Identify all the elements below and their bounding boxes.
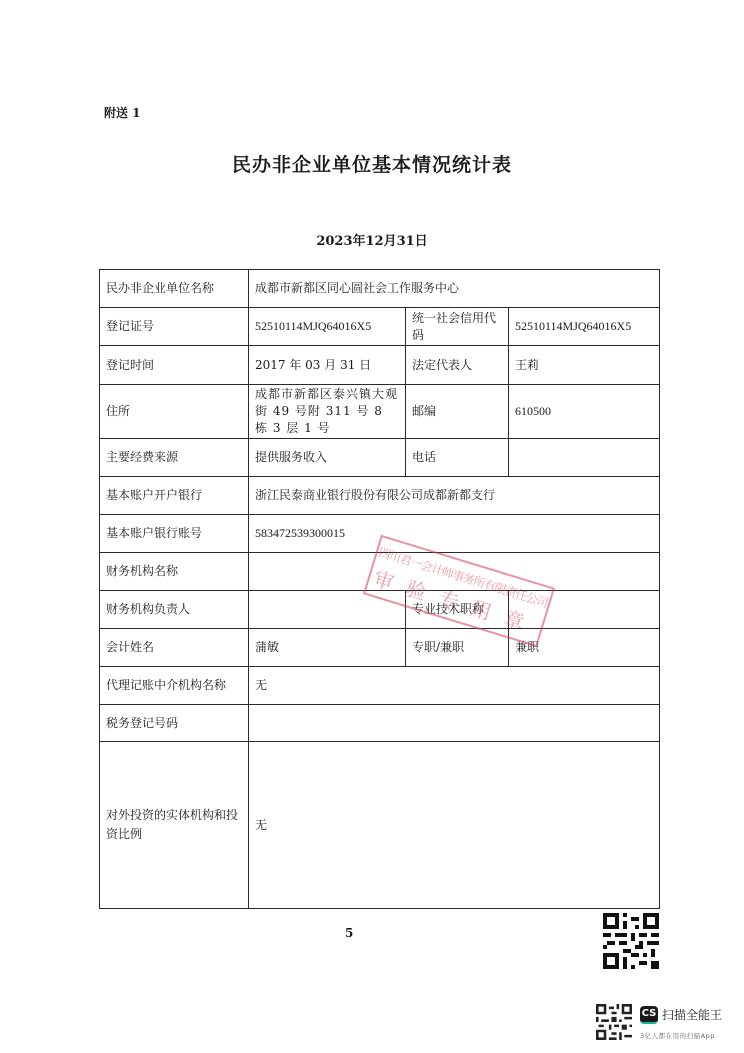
table-row: 登记证号 52510114MJQ64016X5 统一社会信用代码 5251011… — [100, 308, 660, 346]
phone-label: 电话 — [406, 439, 509, 477]
finance-head-label: 财务机构负责人 — [100, 591, 249, 629]
postcode-value: 610500 — [509, 385, 660, 439]
table-row: 民办非企业单位名称 成都市新都区同心圆社会工作服务中心 — [100, 270, 660, 308]
credit-code-label: 统一社会信用代码 — [406, 308, 509, 346]
agency-value: 无 — [249, 667, 660, 705]
qr-code-icon — [603, 913, 659, 969]
table-row: 主要经费来源 提供服务收入 电话 — [100, 439, 660, 477]
brand-name: 扫描全能王 — [662, 1008, 722, 1022]
table-row: 会计姓名 蒲敏 专职/兼职 兼职 — [100, 629, 660, 667]
tax-no-value — [249, 705, 660, 742]
funding-source-label: 主要经费来源 — [100, 439, 249, 477]
bank-label: 基本账户开户银行 — [100, 477, 249, 515]
finance-org-label: 财务机构名称 — [100, 553, 249, 591]
unit-name-label: 民办非企业单位名称 — [100, 270, 249, 308]
table-row: 对外投资的实体机构和投资比例 无 — [100, 742, 660, 909]
table-row: 住所 成都市新都区泰兴镇大观街 49 号附 311 号 8 栋 3 层 1 号 … — [100, 385, 660, 439]
registration-no-label: 登记证号 — [100, 308, 249, 346]
table-row: 基本账户开户银行 浙江民泰商业银行股份有限公司成都新都支行 — [100, 477, 660, 515]
table-row: 登记时间 2017 年 03 月 31 日 法定代表人 王莉 — [100, 346, 660, 385]
address-label: 住所 — [100, 385, 249, 439]
address-value: 成都市新都区泰兴镇大观街 49 号附 311 号 8 栋 3 层 1 号 — [249, 385, 406, 439]
investment-label: 对外投资的实体机构和投资比例 — [100, 742, 249, 909]
bank-value: 浙江民泰商业银行股份有限公司成都新都支行 — [249, 477, 660, 515]
camscanner-logo-icon: CS — [640, 1006, 658, 1024]
registration-no-value: 52510114MJQ64016X5 — [249, 308, 406, 346]
camscanner-brand: CS扫描全能王 — [640, 1004, 722, 1024]
postcode-label: 邮编 — [406, 385, 509, 439]
unit-name-value: 成都市新都区同心圆社会工作服务中心 — [249, 270, 660, 308]
agency-label: 代理记账中介机构名称 — [100, 667, 249, 705]
brand-tagline: 3亿人都在用的扫描App — [640, 1031, 715, 1040]
bank-account-label: 基本账户银行账号 — [100, 515, 249, 553]
credit-code-value: 52510114MJQ64016X5 — [509, 308, 660, 346]
legal-rep-label: 法定代表人 — [406, 346, 509, 385]
employment-type-label: 专职/兼职 — [406, 629, 509, 667]
accountant-label: 会计姓名 — [100, 629, 249, 667]
table-row: 代理记账中介机构名称 无 — [100, 667, 660, 705]
accountant-value: 蒲敏 — [249, 629, 406, 667]
app-qr-code-icon — [596, 1004, 632, 1040]
page-number: 5 — [345, 926, 353, 940]
legal-rep-value: 王莉 — [509, 346, 660, 385]
funding-source-value: 提供服务收入 — [249, 439, 406, 477]
bank-account-value: 583472539300015 — [249, 515, 660, 553]
tax-no-label: 税务登记号码 — [100, 705, 249, 742]
attachment-label: 附送 1 — [104, 104, 141, 121]
registration-date-label: 登记时间 — [100, 346, 249, 385]
document-title: 民办非企业单位基本情况统计表 — [0, 150, 744, 177]
registration-date-value: 2017 年 03 月 31 日 — [249, 346, 406, 385]
table-row: 税务登记号码 — [100, 705, 660, 742]
report-date: 2023年12月31日 — [0, 230, 744, 249]
investment-value: 无 — [249, 742, 660, 909]
phone-value — [509, 439, 660, 477]
